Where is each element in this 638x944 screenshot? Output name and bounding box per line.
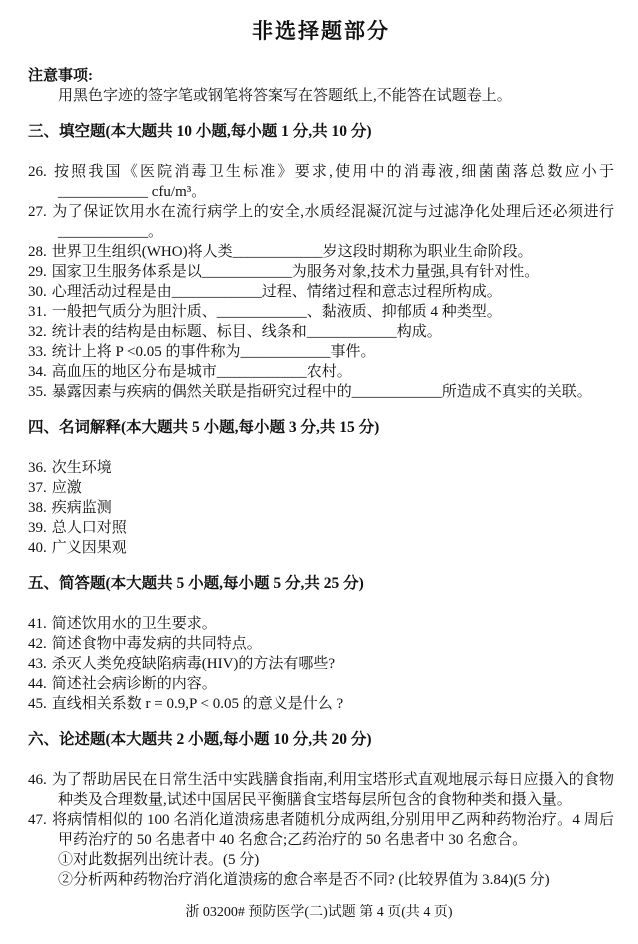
question-27: 27.为了保证饮用水在流行病学上的安全,水质经混凝沉淀与过滤净化处理后还必须进行…: [28, 202, 614, 242]
question-39: 39.总人口对照: [28, 518, 614, 538]
page-footer: 浙 03200# 预防医学(二)试题 第 4 页(共 4 页): [0, 904, 638, 922]
question-number: 40.: [28, 540, 47, 556]
question-number: 33.: [28, 344, 47, 360]
question-text: 简述饮用水的卫生要求。: [52, 616, 217, 632]
section-heading-short-answer: 五、简答题(本大题共 5 小题,每小题 5 分,共 25 分): [28, 574, 614, 594]
question-text: 世界卫生组织(WHO)将人类____________岁这段时期称为职业生命阶段。: [52, 244, 533, 260]
question-text: 按照我国《医院消毒卫生标准》要求,使用中的消毒液,细菌菌落总数应小于______…: [52, 164, 614, 200]
question-34: 34.高血压的地区分布是城市____________农村。: [28, 362, 614, 382]
question-text: 为了帮助居民在日常生活中实践膳食指南,利用宝塔形式直观地展示每日应摄入的食物种类…: [52, 772, 614, 808]
question-text: 应激: [52, 480, 82, 496]
exam-page: 非选择题部分 注意事项: 用黑色字迹的签字笔或钢笔将答案写在答题纸上,不能答在试…: [0, 0, 638, 944]
question-text: 疾病监测: [52, 500, 112, 516]
question-text: 直线相关系数 r = 0.9,P < 0.05 的意义是什么 ?: [52, 696, 343, 712]
question-36: 36.次生环境: [28, 458, 614, 478]
question-30: 30.心理活动过程是由____________过程、情绪过程和意志过程所构成。: [28, 282, 614, 302]
question-text: 次生环境: [52, 460, 112, 476]
question-33: 33.统计上将 P <0.05 的事件称为____________事件。: [28, 342, 614, 362]
question-text: 一般把气质分为胆汁质、____________、黏液质、抑郁质 4 种类型。: [52, 304, 502, 320]
section-short-answer: 五、简答题(本大题共 5 小题,每小题 5 分,共 25 分) 41.简述饮用水…: [28, 574, 614, 714]
question-number: 29.: [28, 264, 47, 280]
question-47-subitem-2: ②分析两种药物治疗消化道溃疡的愈合率是否不同? (比较界值为 3.84)(5 分…: [28, 870, 614, 890]
section-heading-essay: 六、论述题(本大题共 2 小题,每小题 10 分,共 20 分): [28, 730, 614, 750]
question-text: 统计上将 P <0.05 的事件称为____________事件。: [52, 344, 376, 360]
question-text: 杀灭人类免疫缺陷病毒(HIV)的方法有哪些?: [52, 656, 335, 672]
question-number: 37.: [28, 480, 47, 496]
question-number: 47.: [28, 812, 47, 828]
question-number: 30.: [28, 284, 47, 300]
question-35: 35.暴露因素与疾病的偶然关联是指研究过程中的____________所造成不真…: [28, 382, 614, 402]
question-28: 28.世界卫生组织(WHO)将人类____________岁这段时期称为职业生命…: [28, 242, 614, 262]
question-number: 28.: [28, 244, 47, 260]
question-47: 47.将病情相似的 100 名消化道溃疡患者随机分成两组,分别用甲乙两种药物治疗…: [28, 810, 614, 850]
section-heading-fill-blank: 三、填空题(本大题共 10 小题,每小题 1 分,共 10 分): [28, 122, 614, 142]
question-44: 44.简述社会病诊断的内容。: [28, 674, 614, 694]
question-number: 38.: [28, 500, 47, 516]
question-31: 31.一般把气质分为胆汁质、____________、黏液质、抑郁质 4 种类型…: [28, 302, 614, 322]
question-text: 广义因果观: [52, 540, 127, 556]
question-number: 26.: [28, 164, 47, 180]
question-45: 45.直线相关系数 r = 0.9,P < 0.05 的意义是什么 ?: [28, 694, 614, 714]
question-text: 为了保证饮用水在流行病学上的安全,水质经混凝沉淀与过滤净化处理后还必须进行___…: [52, 204, 614, 240]
question-41: 41.简述饮用水的卫生要求。: [28, 614, 614, 634]
question-38: 38.疾病监测: [28, 498, 614, 518]
section-heading-definitions: 四、名词解释(本大题共 5 小题,每小题 3 分,共 15 分): [28, 418, 614, 438]
question-29: 29.国家卫生服务体系是以____________为服务对象,技术力量强,具有针…: [28, 262, 614, 282]
section-definitions: 四、名词解释(本大题共 5 小题,每小题 3 分,共 15 分) 36.次生环境…: [28, 418, 614, 558]
question-number: 35.: [28, 384, 47, 400]
question-text: 将病情相似的 100 名消化道溃疡患者随机分成两组,分别用甲乙两种药物治疗。4 …: [52, 812, 614, 848]
question-text: 高血压的地区分布是城市____________农村。: [52, 364, 352, 380]
question-40: 40.广义因果观: [28, 538, 614, 558]
question-32: 32.统计表的结构是由标题、标目、线条和____________构成。: [28, 322, 614, 342]
question-number: 45.: [28, 696, 47, 712]
section-essay: 六、论述题(本大题共 2 小题,每小题 10 分,共 20 分) 46.为了帮助…: [28, 730, 614, 890]
question-number: 39.: [28, 520, 47, 536]
notice-label: 注意事项:: [28, 66, 614, 86]
question-number: 41.: [28, 616, 47, 632]
question-text: 国家卫生服务体系是以____________为服务对象,技术力量强,具有针对性。: [52, 264, 540, 280]
question-46: 46.为了帮助居民在日常生活中实践膳食指南,利用宝塔形式直观地展示每日应摄入的食…: [28, 770, 614, 810]
question-text: 统计表的结构是由标题、标目、线条和____________构成。: [52, 324, 442, 340]
question-number: 36.: [28, 460, 47, 476]
question-number: 42.: [28, 636, 47, 652]
notice-text: 用黑色字迹的签字笔或钢笔将答案写在答题纸上,不能答在试题卷上。: [28, 86, 614, 106]
question-42: 42.简述食物中毒发病的共同特点。: [28, 634, 614, 654]
question-number: 43.: [28, 656, 47, 672]
question-37: 37.应激: [28, 478, 614, 498]
question-43: 43.杀灭人类免疫缺陷病毒(HIV)的方法有哪些?: [28, 654, 614, 674]
question-number: 46.: [28, 772, 47, 788]
question-text: 总人口对照: [52, 520, 127, 536]
question-number: 27.: [28, 204, 47, 220]
question-text: 心理活动过程是由____________过程、情绪过程和意志过程所构成。: [52, 284, 502, 300]
section-fill-blank: 三、填空题(本大题共 10 小题,每小题 1 分,共 10 分) 26.按照我国…: [28, 122, 614, 402]
question-text: 简述食物中毒发病的共同特点。: [52, 636, 262, 652]
page-title: 非选择题部分: [28, 18, 614, 44]
question-number: 34.: [28, 364, 47, 380]
question-number: 44.: [28, 676, 47, 692]
question-number: 32.: [28, 324, 47, 340]
question-text: 简述社会病诊断的内容。: [52, 676, 217, 692]
question-47-subitem-1: ①对此数据列出统计表。(5 分): [28, 850, 614, 870]
question-number: 31.: [28, 304, 47, 320]
notice-block: 注意事项: 用黑色字迹的签字笔或钢笔将答案写在答题纸上,不能答在试题卷上。: [28, 66, 614, 106]
question-text: 暴露因素与疾病的偶然关联是指研究过程中的____________所造成不真实的关…: [52, 384, 592, 400]
question-26: 26.按照我国《医院消毒卫生标准》要求,使用中的消毒液,细菌菌落总数应小于___…: [28, 162, 614, 202]
